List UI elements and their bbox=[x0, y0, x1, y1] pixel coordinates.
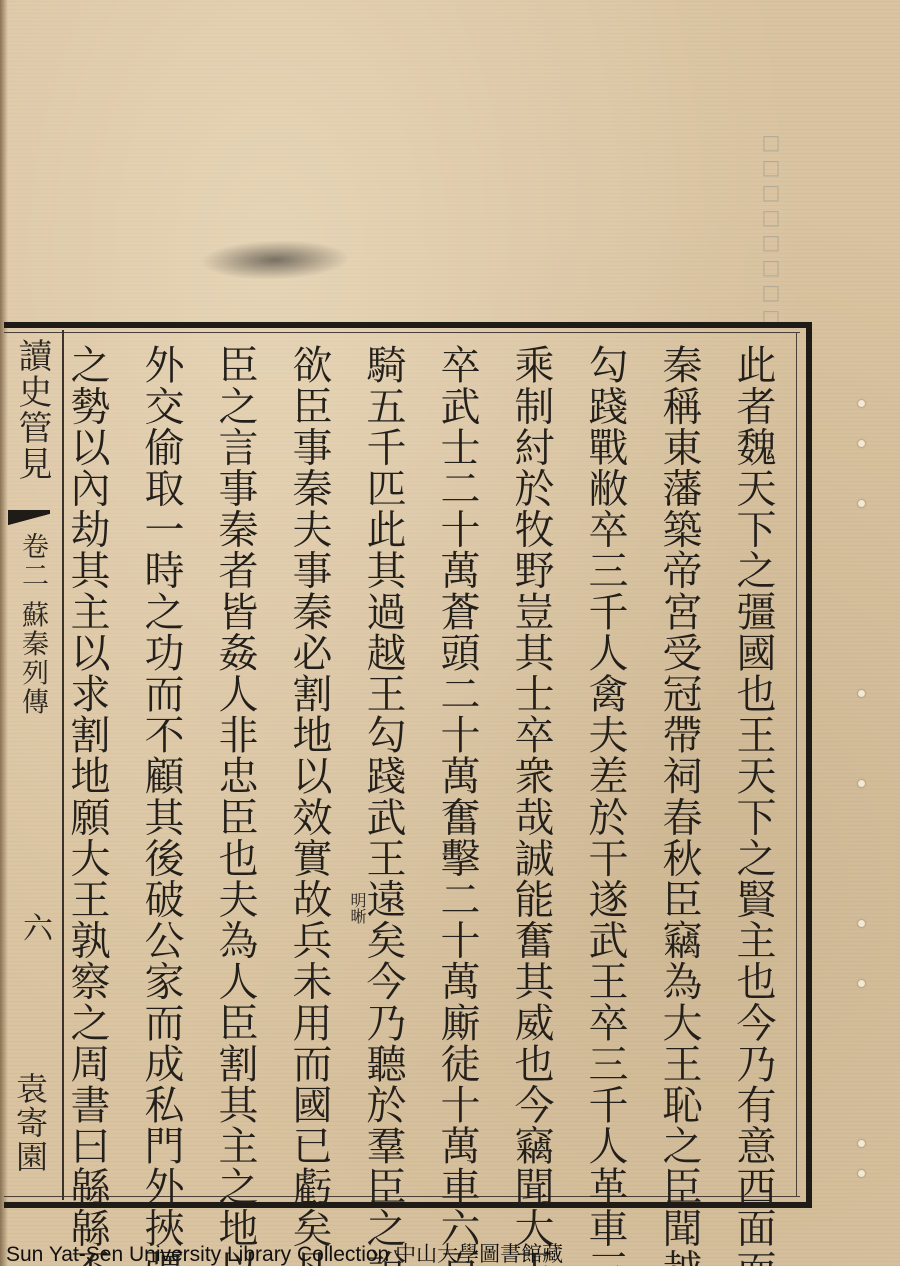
inner-border-top bbox=[4, 332, 800, 333]
ink-smudge bbox=[193, 240, 358, 280]
text-column-7: 欲臣事秦夫事秦必割地以效實故兵未用而國已虧矣凡羣 bbox=[272, 334, 346, 1196]
book-title: 讀史管見 bbox=[10, 338, 54, 482]
text-column-3: 勾踐戰敝卒三千人禽夫差於干遂武王卒三千人革車三百 bbox=[568, 334, 642, 1196]
marginal-annotation: 明晰 bbox=[347, 892, 367, 924]
fishtail-mark bbox=[8, 510, 50, 526]
inner-border-right bbox=[796, 333, 797, 1197]
text-column-9: 外交偷取一時之功而不顧其後破公家而成私門外挾彊秦 bbox=[124, 334, 198, 1196]
text-column-5: 卒武士二十萬蒼頭二十萬奮擊二十萬廝徒十萬車六百乘 bbox=[420, 334, 494, 1196]
studio-name: 袁寄園 bbox=[8, 1072, 52, 1174]
text-column-8: 臣之言事秦者皆姦人非忠臣也夫為人臣割其主之地以求 bbox=[198, 334, 272, 1196]
text-column-2: 秦稱東藩築帝宮受冠帶祠春秋臣竊為大王恥之臣聞越王 bbox=[642, 334, 716, 1196]
collection-credit: Sun Yat-Sen University Library Collectio… bbox=[6, 1238, 563, 1266]
text-column-4: 乘制紂於牧野豈其士卒衆哉誠能奮其威也今竊聞大王之 bbox=[494, 334, 568, 1196]
chapter-title: 卷二 蘇秦列傳 bbox=[12, 532, 52, 717]
binding-holes bbox=[858, 400, 878, 1200]
main-text-block: 此者魏天下之彊國也王天下之賢主也今乃有意西面而事 秦稱東藩築帝宮受冠帶祠春秋臣竊… bbox=[64, 334, 796, 1196]
text-column-10: 之勢以內劫其主以求割地願大王孰察之周書曰緜緜不絕 bbox=[50, 334, 124, 1196]
text-column-6: 騎五千匹此其過越王勾踐武王遠矣今乃聽於羣臣之說而 bbox=[346, 334, 420, 1196]
bleed-through-text: □□□□□□□□ bbox=[712, 130, 782, 340]
text-column-1: 此者魏天下之彊國也王天下之賢主也今乃有意西面而事 bbox=[716, 334, 790, 1196]
page-number: 六 bbox=[14, 912, 54, 942]
